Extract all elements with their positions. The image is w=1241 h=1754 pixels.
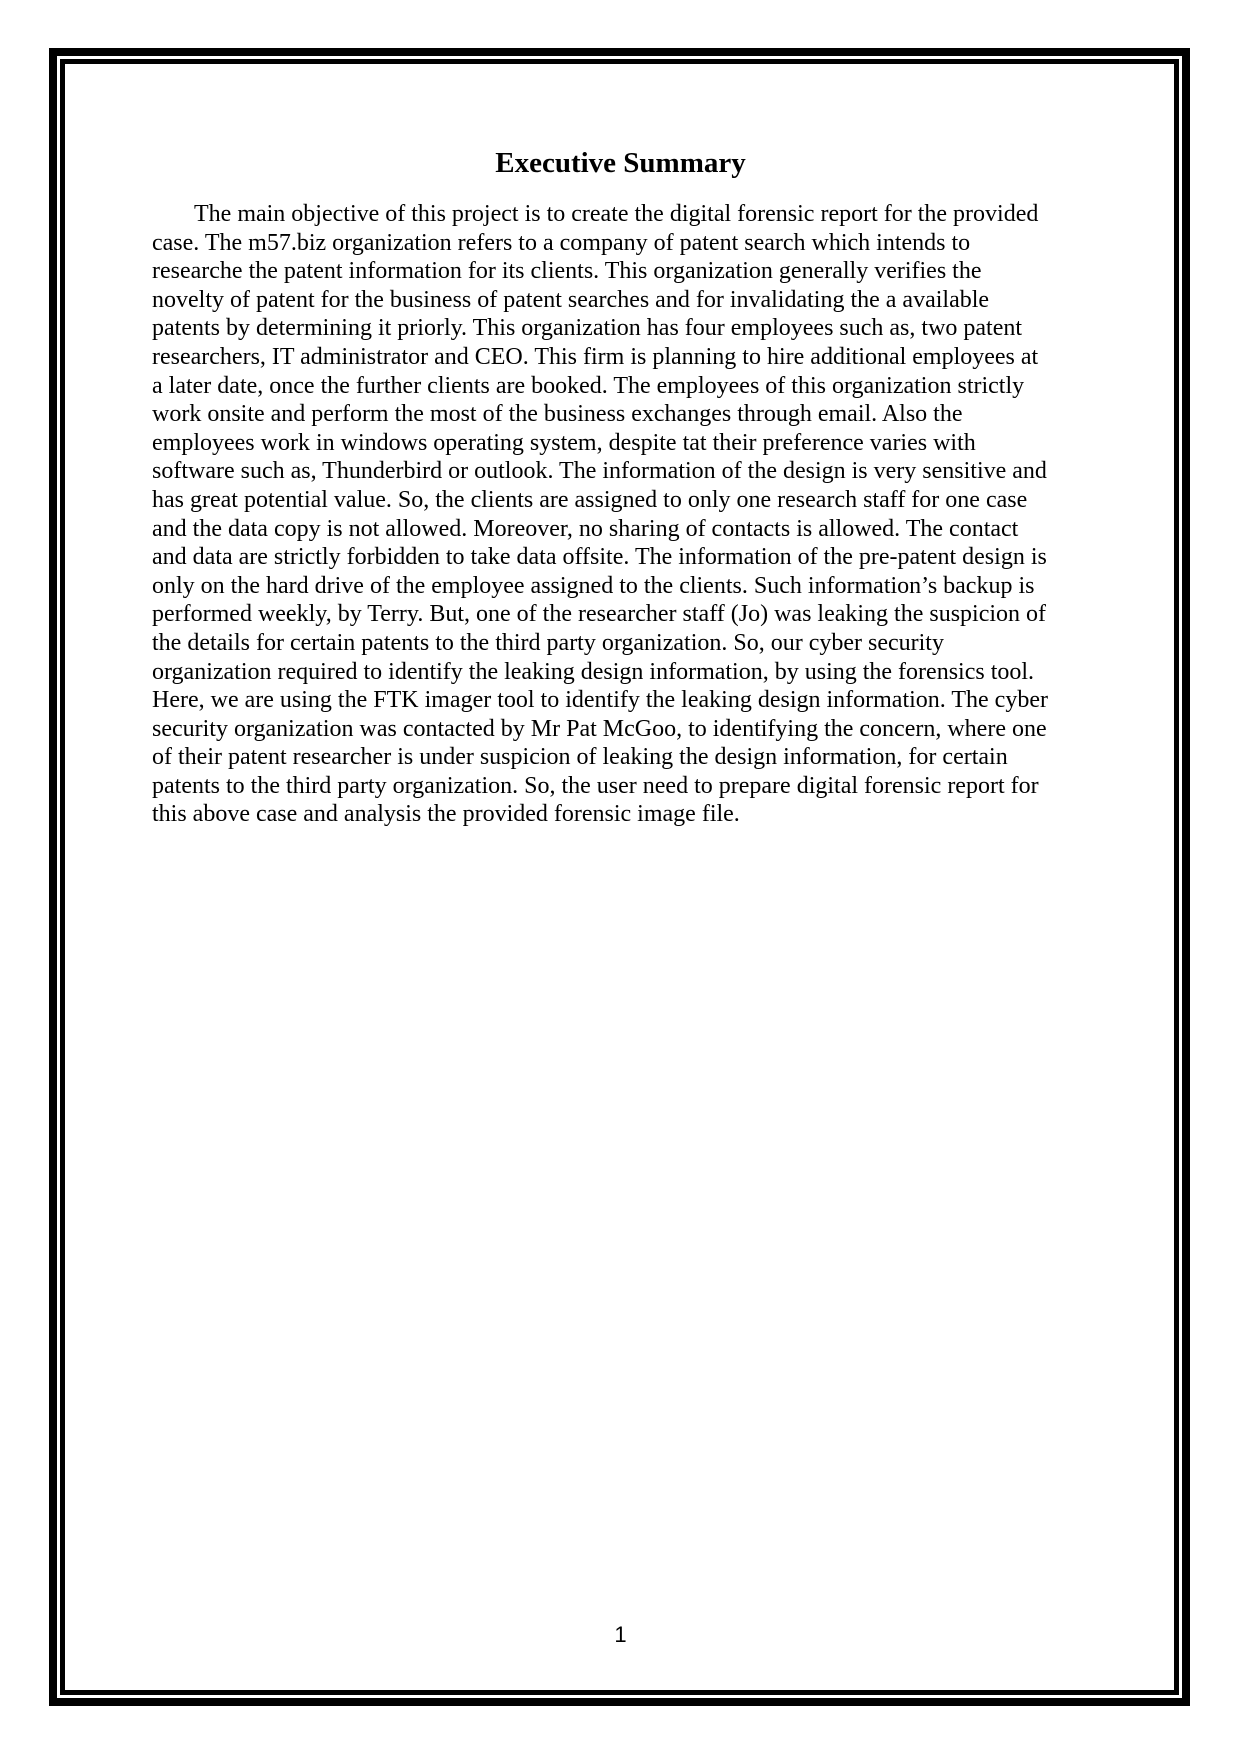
- body-paragraph: The main objective of this project is to…: [152, 200, 1142, 829]
- section-title: Executive Summary: [0, 146, 1241, 180]
- page-number: 1: [0, 1622, 1241, 1648]
- document-page: Executive Summary The main objective of …: [0, 0, 1241, 1754]
